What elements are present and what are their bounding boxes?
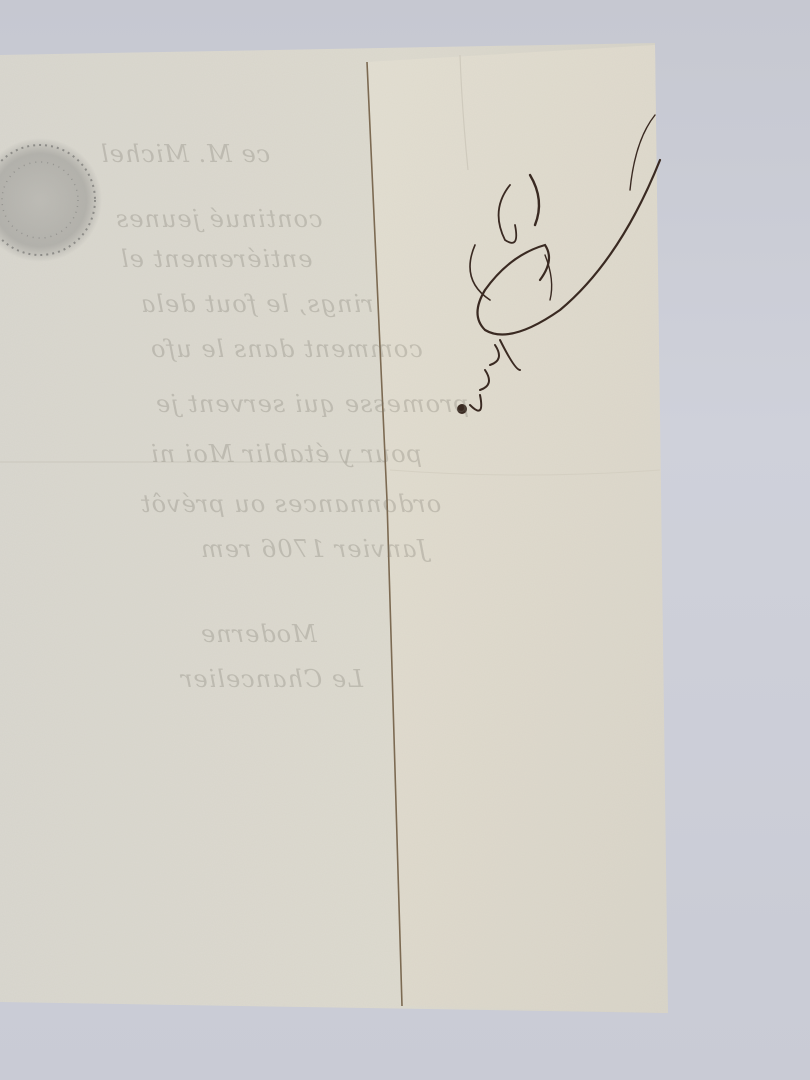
show-through-line: pour y établir Moi ni: [150, 440, 422, 468]
photo-scene: ce M. Michel continué jeunes entiérement…: [0, 0, 810, 1080]
show-through-line: entiérement el: [120, 245, 312, 273]
show-through-line: ce M. Michel: [100, 140, 270, 168]
show-through-line: rings, le fout dela: [140, 290, 374, 318]
show-through-line: Janvier 1706 rem: [200, 535, 427, 563]
folded-flap: [367, 45, 668, 1013]
show-through-line: Le Chancelier: [180, 665, 363, 693]
show-through-line: promesse qui servent je: [155, 390, 469, 418]
show-through-line: Moderne: [200, 620, 317, 648]
show-through-line: continué jeunes: [115, 205, 323, 233]
show-through-line: ordonnances ou prévôt: [140, 490, 441, 518]
show-through-line: comment dans le ufo: [150, 335, 423, 363]
